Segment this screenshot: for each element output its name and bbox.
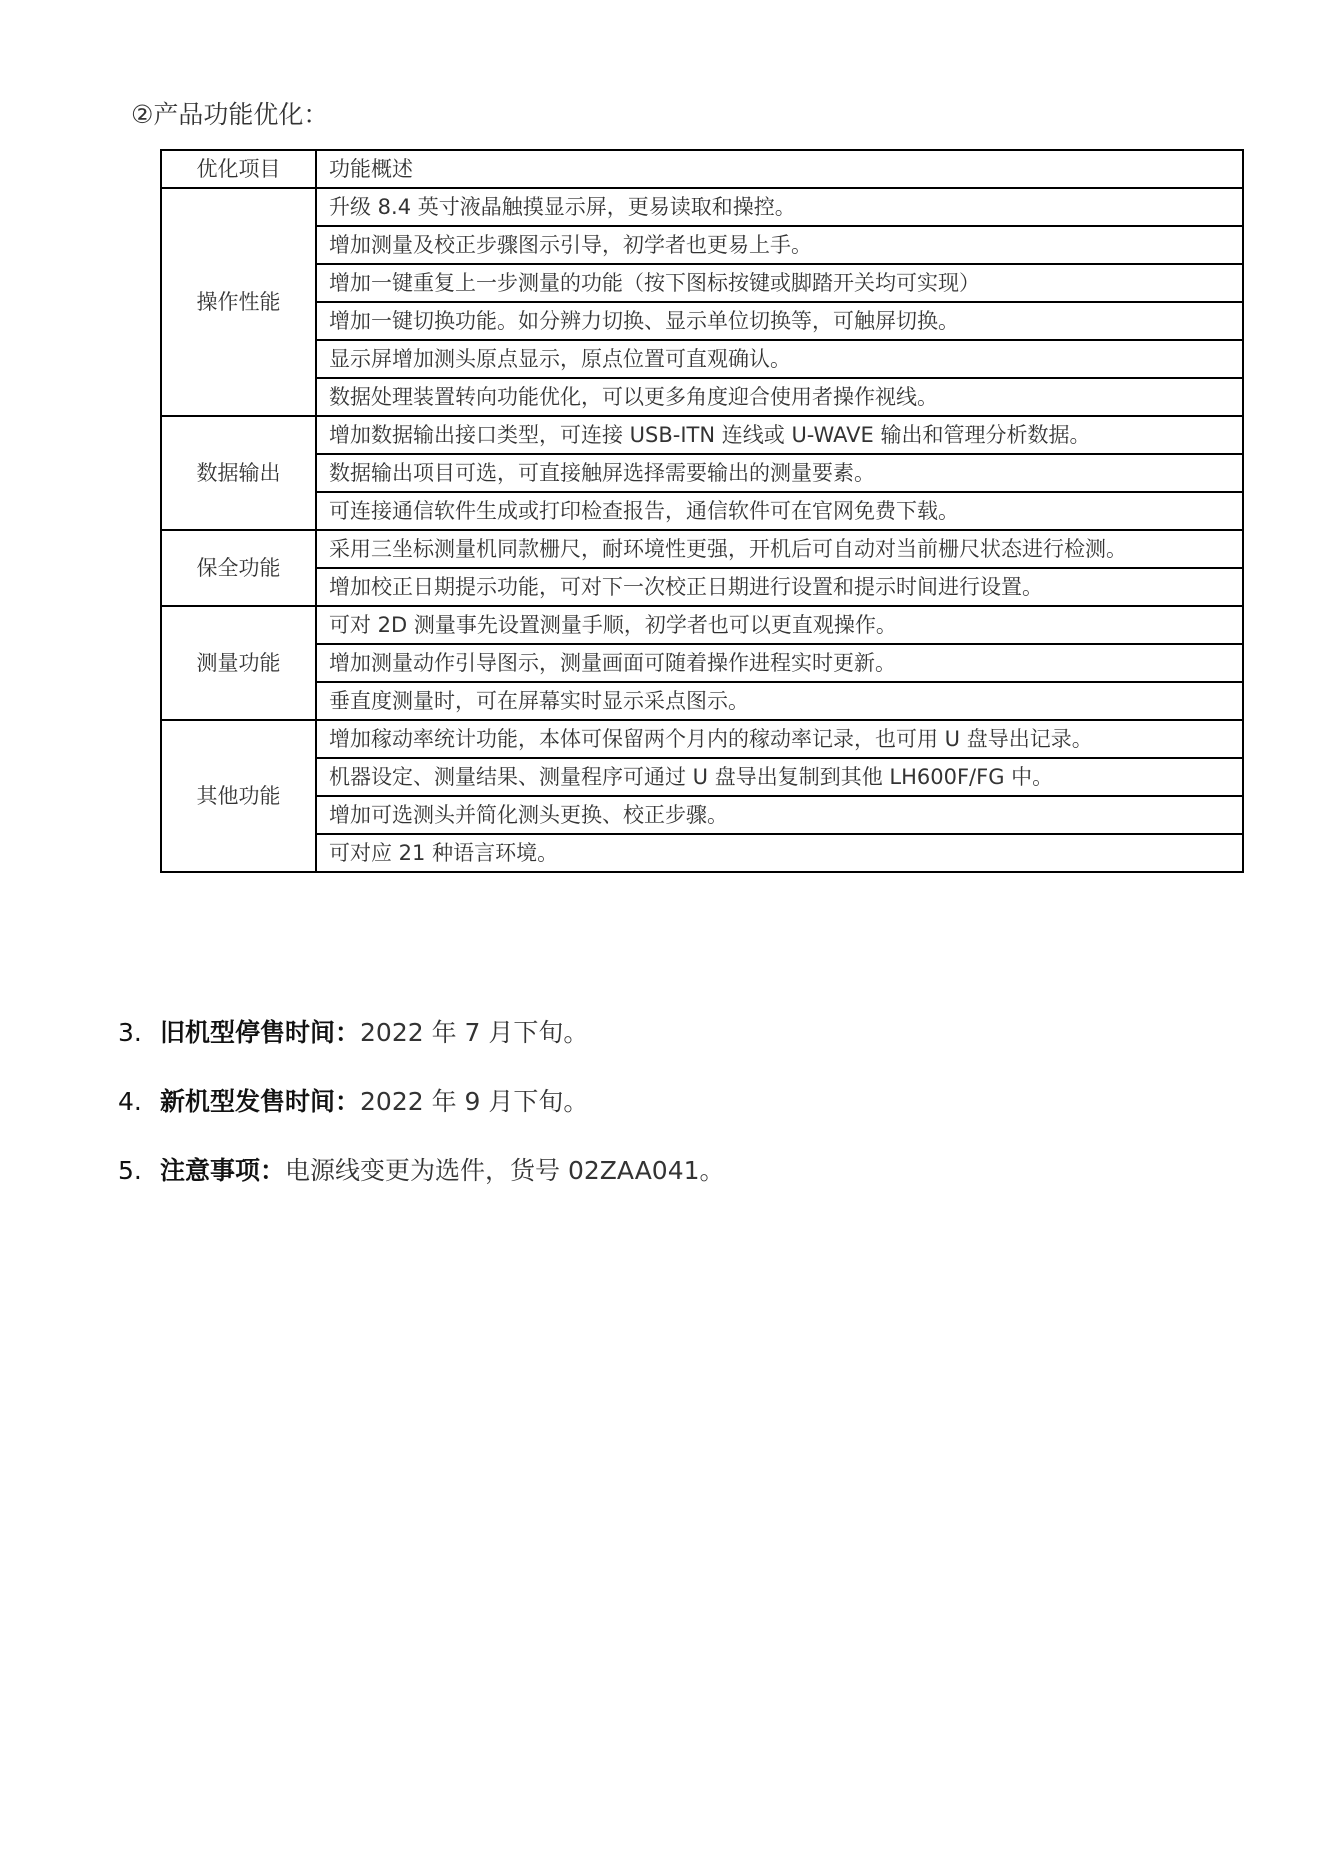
- description-cell: 显示屏增加测头原点显示，原点位置可直观确认。: [316, 340, 1243, 378]
- item-value: 2022 年 9 月下旬。: [360, 1087, 588, 1116]
- item-number: 4.: [118, 1084, 160, 1120]
- category-cell: 数据输出: [161, 416, 316, 530]
- table-row: 可连接通信软件生成或打印检查报告，通信软件可在官网免费下载。: [161, 492, 1243, 530]
- table-row: 显示屏增加测头原点显示，原点位置可直观确认。: [161, 340, 1243, 378]
- header-category: 优化项目: [161, 150, 316, 188]
- table-row: 增加测量及校正步骤图示引导，初学者也更易上手。: [161, 226, 1243, 264]
- item-number: 3.: [118, 1015, 160, 1051]
- table-row: 增加校正日期提示功能，可对下一次校正日期进行设置和提示时间进行设置。: [161, 568, 1243, 606]
- section-heading: ②产品功能优化：: [131, 99, 328, 131]
- description-cell: 增加校正日期提示功能，可对下一次校正日期进行设置和提示时间进行设置。: [316, 568, 1243, 606]
- table-row: 测量功能 可对 2D 测量事先设置测量手顺，初学者也可以更直观操作。: [161, 606, 1243, 644]
- table-row: 数据输出 增加数据输出接口类型，可连接 USB-ITN 连线或 U-WAVE 输…: [161, 416, 1243, 454]
- description-cell: 增加数据输出接口类型，可连接 USB-ITN 连线或 U-WAVE 输出和管理分…: [316, 416, 1243, 454]
- description-cell: 可对应 21 种语言环境。: [316, 834, 1243, 872]
- item-number: 5.: [118, 1153, 160, 1189]
- table-row: 数据输出项目可选，可直接触屏选择需要输出的测量要素。: [161, 454, 1243, 492]
- table-row: 其他功能 增加稼动率统计功能，本体可保留两个月内的稼动率记录，也可用 U 盘导出…: [161, 720, 1243, 758]
- notes-list: 3.旧机型停售时间：2022 年 7 月下旬。 4.新机型发售时间：2022 年…: [118, 1015, 725, 1222]
- description-cell: 可连接通信软件生成或打印检查报告，通信软件可在官网免费下载。: [316, 492, 1243, 530]
- category-cell: 测量功能: [161, 606, 316, 720]
- description-cell: 增加测量动作引导图示，测量画面可随着操作进程实时更新。: [316, 644, 1243, 682]
- table-row: 增加可选测头并简化测头更换、校正步骤。: [161, 796, 1243, 834]
- table-row: 可对应 21 种语言环境。: [161, 834, 1243, 872]
- description-cell: 增加一键切换功能。如分辨力切换、显示单位切换等，可触屏切换。: [316, 302, 1243, 340]
- description-cell: 增加测量及校正步骤图示引导，初学者也更易上手。: [316, 226, 1243, 264]
- table-row: 保全功能 采用三坐标测量机同款栅尺，耐环境性更强，开机后可自动对当前栅尺状态进行…: [161, 530, 1243, 568]
- table-row: 增加一键重复上一步测量的功能（按下图标按键或脚踏开关均可实现）: [161, 264, 1243, 302]
- item-label: 旧机型停售时间：: [160, 1018, 360, 1047]
- table-row: 机器设定、测量结果、测量程序可通过 U 盘导出复制到其他 LH600F/FG 中…: [161, 758, 1243, 796]
- table-row: 数据处理装置转向功能优化，可以更多角度迎合使用者操作视线。: [161, 378, 1243, 416]
- note-item-notice: 5.注意事项：电源线变更为选件，货号 02ZAA041。: [118, 1153, 725, 1189]
- description-cell: 可对 2D 测量事先设置测量手顺，初学者也可以更直观操作。: [316, 606, 1243, 644]
- description-cell: 数据处理装置转向功能优化，可以更多角度迎合使用者操作视线。: [316, 378, 1243, 416]
- description-cell: 垂直度测量时，可在屏幕实时显示采点图示。: [316, 682, 1243, 720]
- optimization-table: 优化项目 功能概述 操作性能 升级 8.4 英寸液晶触摸显示屏，更易读取和操控。…: [160, 149, 1244, 873]
- description-cell: 增加稼动率统计功能，本体可保留两个月内的稼动率记录，也可用 U 盘导出记录。: [316, 720, 1243, 758]
- item-label: 新机型发售时间：: [160, 1087, 360, 1116]
- note-item-release: 4.新机型发售时间：2022 年 9 月下旬。: [118, 1084, 725, 1120]
- description-cell: 升级 8.4 英寸液晶触摸显示屏，更易读取和操控。: [316, 188, 1243, 226]
- description-cell: 采用三坐标测量机同款栅尺，耐环境性更强，开机后可自动对当前栅尺状态进行检测。: [316, 530, 1243, 568]
- description-cell: 增加一键重复上一步测量的功能（按下图标按键或脚踏开关均可实现）: [316, 264, 1243, 302]
- category-cell: 操作性能: [161, 188, 316, 416]
- item-label: 注意事项：: [160, 1156, 285, 1185]
- table-row: 垂直度测量时，可在屏幕实时显示采点图示。: [161, 682, 1243, 720]
- header-description: 功能概述: [316, 150, 1243, 188]
- category-cell: 保全功能: [161, 530, 316, 606]
- item-value: 电源线变更为选件，货号 02ZAA041。: [285, 1156, 725, 1185]
- table-row: 增加测量动作引导图示，测量画面可随着操作进程实时更新。: [161, 644, 1243, 682]
- note-item-discontinue: 3.旧机型停售时间：2022 年 7 月下旬。: [118, 1015, 725, 1051]
- description-cell: 增加可选测头并简化测头更换、校正步骤。: [316, 796, 1243, 834]
- description-cell: 数据输出项目可选，可直接触屏选择需要输出的测量要素。: [316, 454, 1243, 492]
- table-row: 增加一键切换功能。如分辨力切换、显示单位切换等，可触屏切换。: [161, 302, 1243, 340]
- table-header-row: 优化项目 功能概述: [161, 150, 1243, 188]
- description-cell: 机器设定、测量结果、测量程序可通过 U 盘导出复制到其他 LH600F/FG 中…: [316, 758, 1243, 796]
- table-row: 操作性能 升级 8.4 英寸液晶触摸显示屏，更易读取和操控。: [161, 188, 1243, 226]
- category-cell: 其他功能: [161, 720, 316, 872]
- item-value: 2022 年 7 月下旬。: [360, 1018, 588, 1047]
